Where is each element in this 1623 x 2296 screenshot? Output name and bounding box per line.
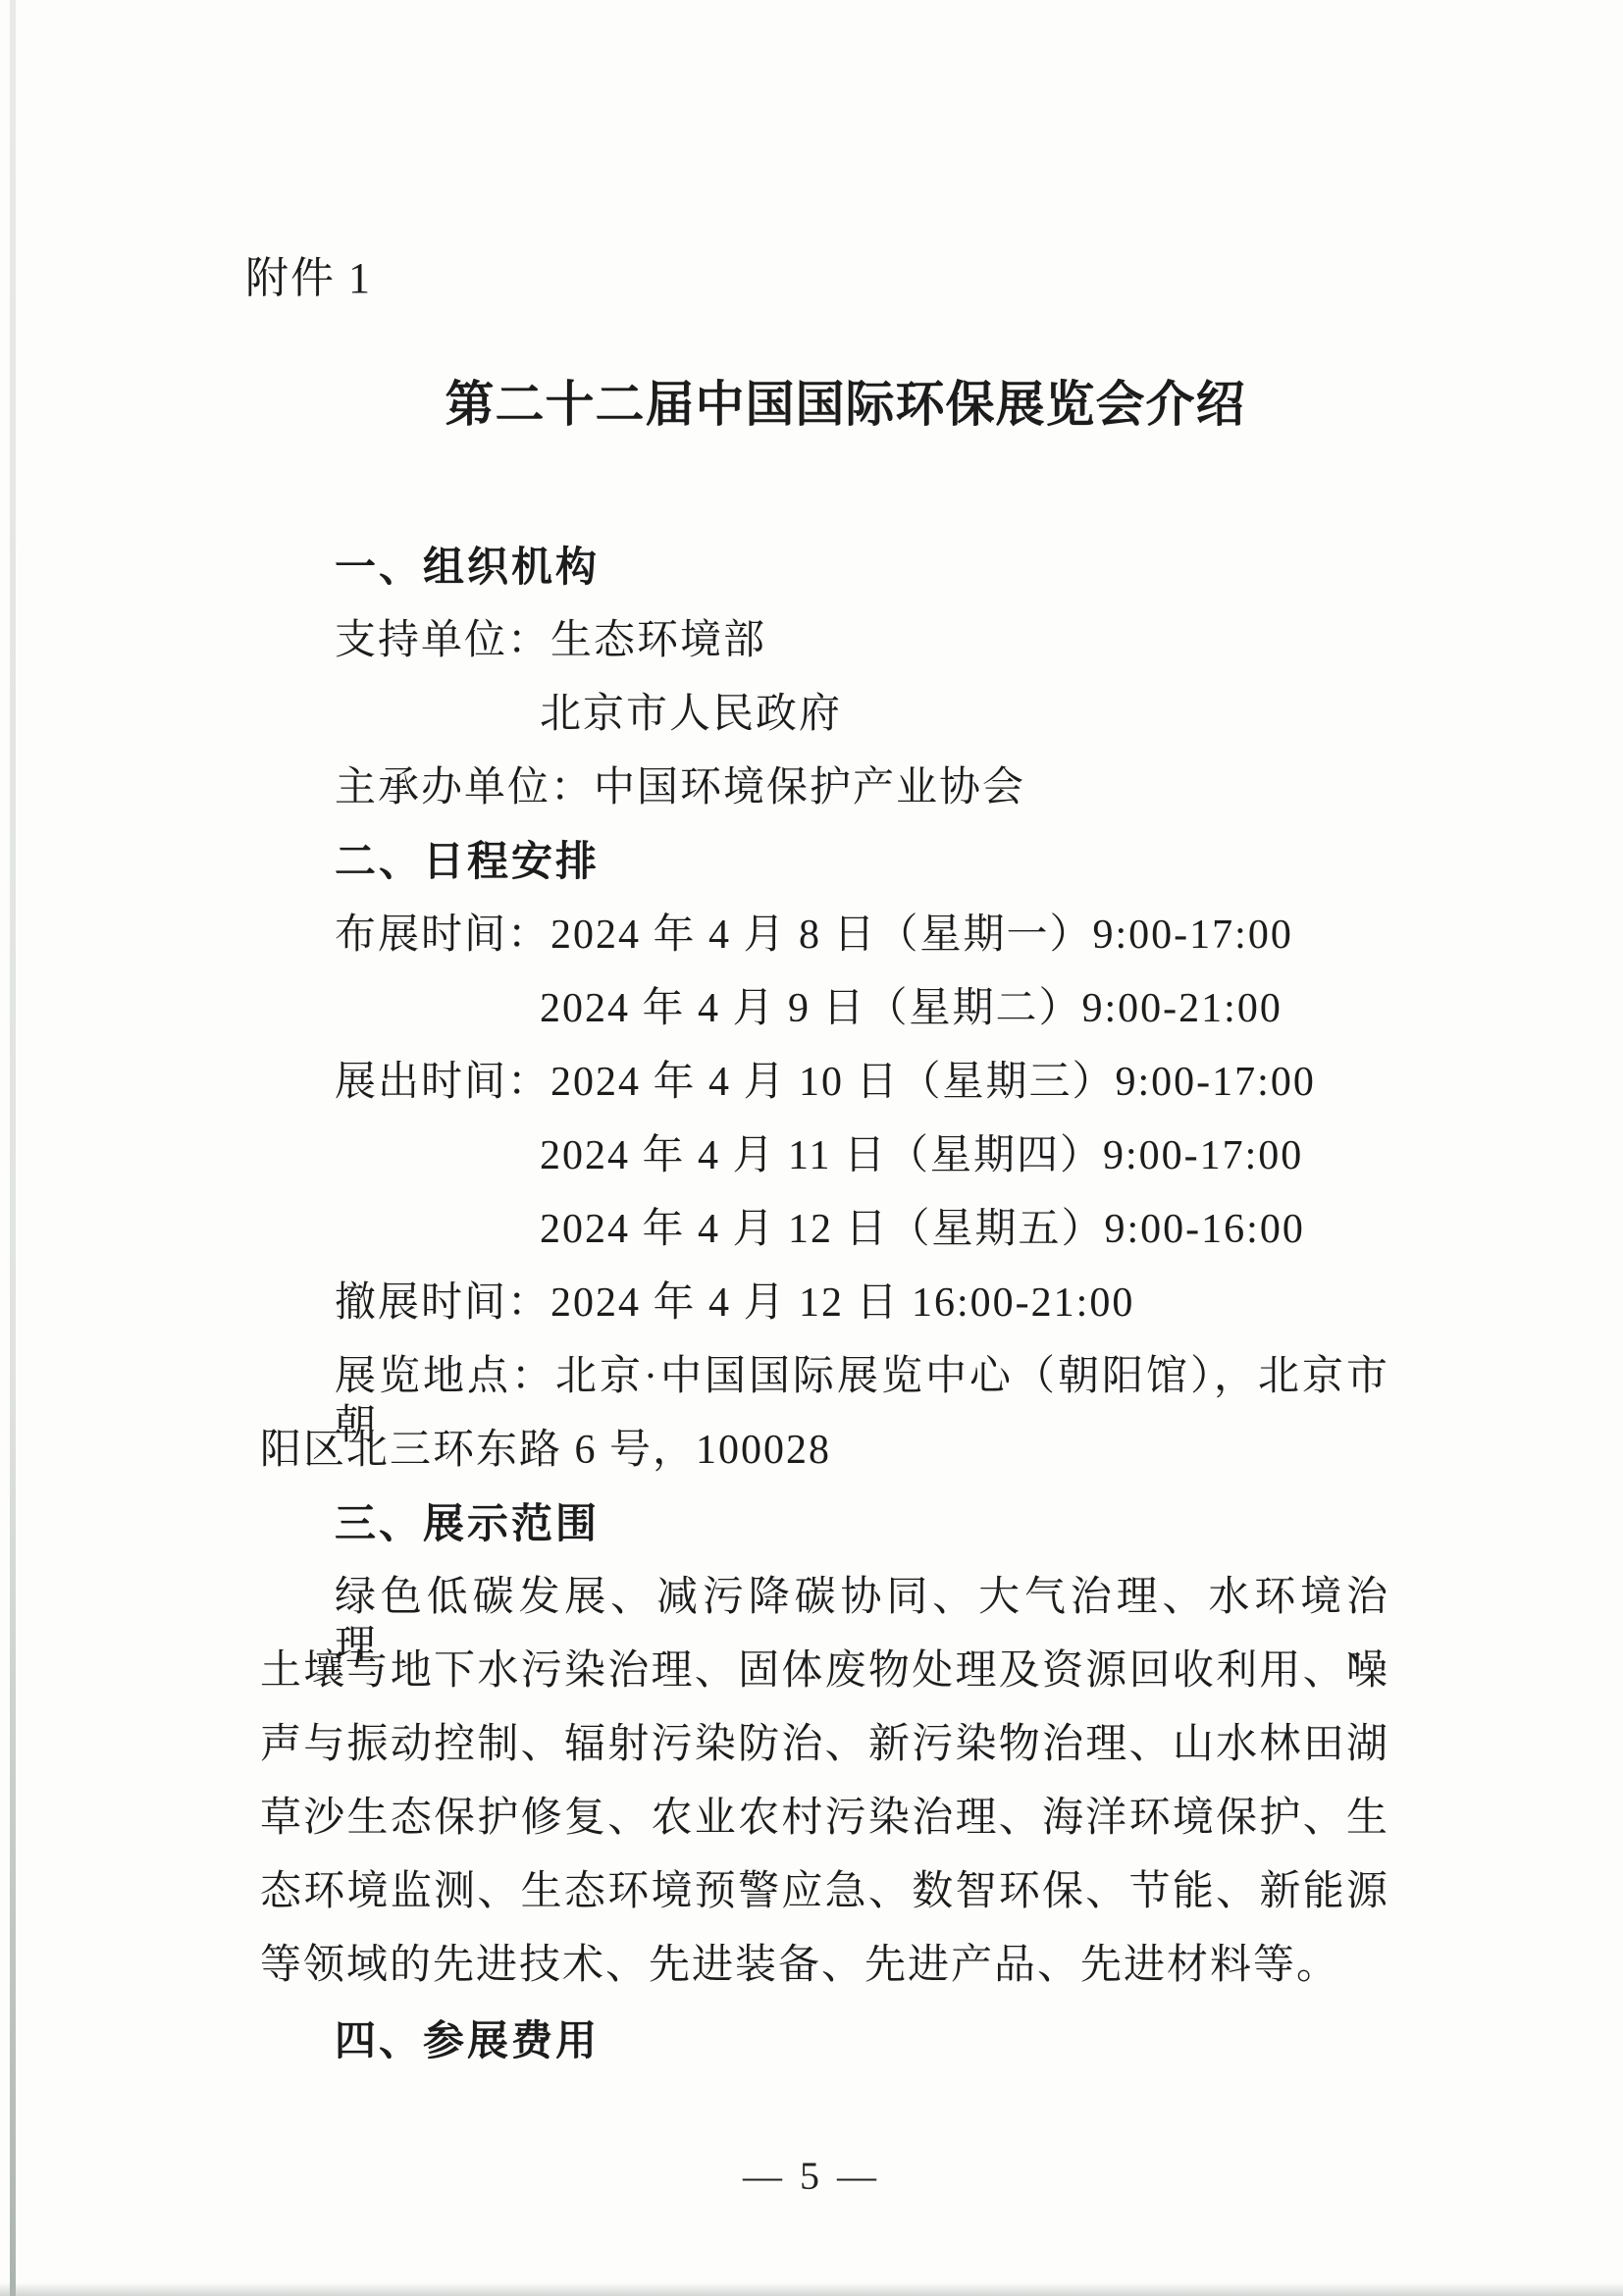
- document-title: 第二十二届中国国际环保展览会介绍: [260, 375, 1431, 434]
- line-scope-4: 草沙生态保护修复、农业农村污染治理、海洋环境保护、生: [260, 1794, 1389, 1843]
- line-scope-3: 声与振动控制、辐射污染防治、新污染物治理、山水林田湖: [260, 1720, 1389, 1769]
- attachment-label: 附件 1: [245, 253, 372, 304]
- heading-schedule: 二、日程安排: [335, 837, 600, 886]
- heading-fees: 四、参展费用: [335, 2016, 600, 2065]
- scan-edge-artifact-left: [10, 0, 16, 2296]
- heading-organization: 一、组织机构: [335, 543, 600, 592]
- line-scope-2: 土壤与地下水污染治理、固体废物处理及资源回收利用、噪: [260, 1646, 1389, 1696]
- line-support-unit: 支持单位：生态环境部: [335, 616, 766, 665]
- line-scope-6: 等领域的先进技术、先进装备、先进产品、先进材料等。: [260, 1941, 1339, 1990]
- page-number: — 5 —: [0, 2153, 1623, 2199]
- heading-scope: 三、展示范围: [335, 1499, 600, 1548]
- line-organizer: 主承办单位：中国环境保护产业协会: [335, 763, 1025, 812]
- scan-edge-artifact-bottom: [0, 2282, 1623, 2296]
- line-support-unit-2: 北京市人民政府: [540, 690, 842, 739]
- line-exhibit-time-1: 展出时间：2024 年 4 月 10 日（星期三）9:00-17:00: [335, 1058, 1316, 1107]
- document-page: 附件 1 第二十二届中国国际环保展览会介绍 一、组织机构 支持单位：生态环境部 …: [0, 0, 1623, 2296]
- line-exhibit-time-2: 2024 年 4 月 11 日（星期四）9:00-17:00: [540, 1131, 1303, 1180]
- line-setup-time-1: 布展时间：2024 年 4 月 8 日（星期一）9:00-17:00: [335, 911, 1293, 960]
- line-setup-time-2: 2024 年 4 月 9 日（星期二）9:00-21:00: [540, 984, 1283, 1033]
- line-teardown-time: 撤展时间：2024 年 4 月 12 日 16:00-21:00: [335, 1278, 1134, 1328]
- line-exhibit-time-3: 2024 年 4 月 12 日（星期五）9:00-16:00: [540, 1205, 1305, 1254]
- line-venue-2: 阳区北三环东路 6 号，100028: [260, 1426, 831, 1475]
- line-scope-5: 态环境监测、生态环境预警应急、数智环保、节能、新能源: [260, 1867, 1389, 1916]
